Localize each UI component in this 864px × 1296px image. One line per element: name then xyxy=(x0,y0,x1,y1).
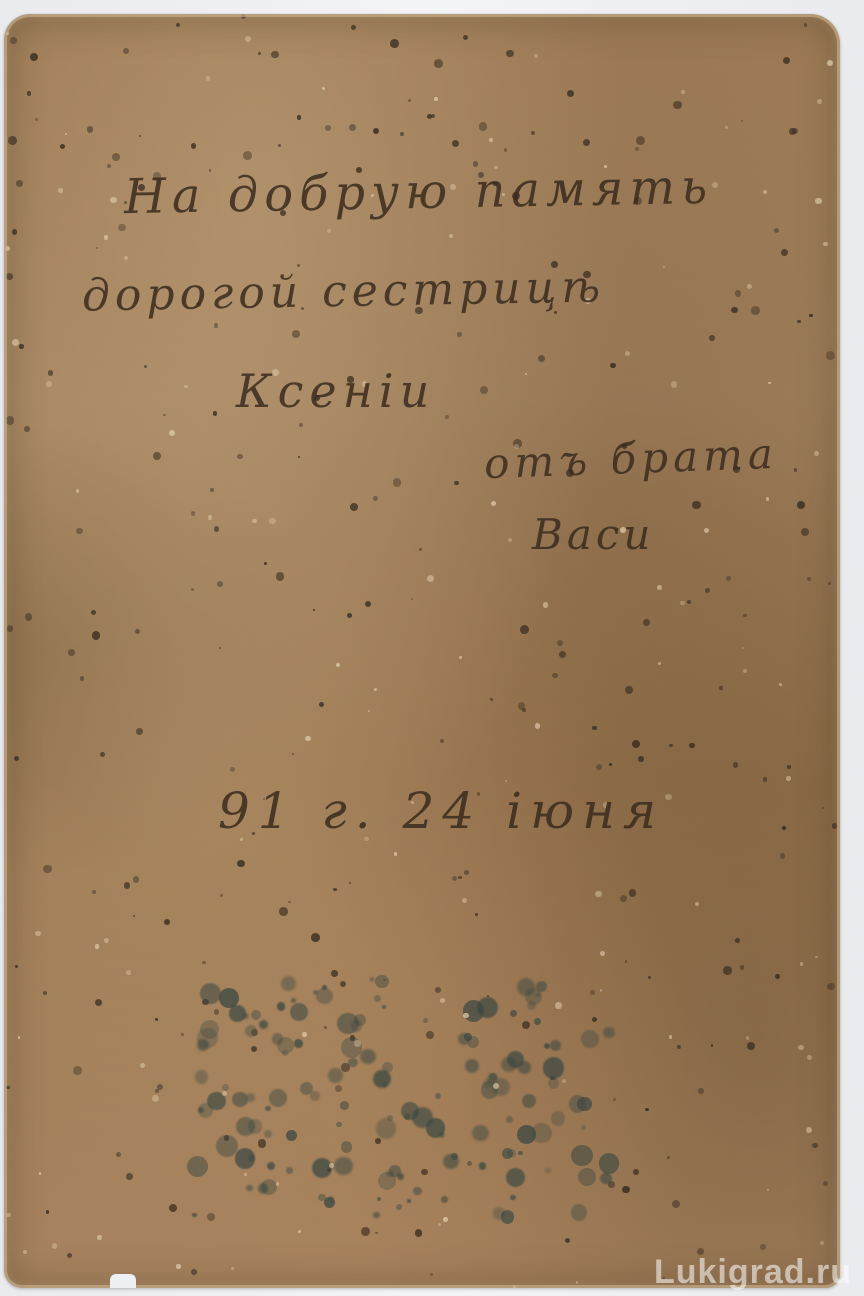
photo-card-back: На добрую память дорогой сестрицѣ Ксеніи… xyxy=(4,14,840,1288)
scan-background: На добрую память дорогой сестрицѣ Ксеніи… xyxy=(0,0,864,1296)
inscription-line-from: отъ брата xyxy=(483,429,778,488)
inscription-line-date: 91 г. 24 іюня xyxy=(218,782,664,840)
site-watermark: Lukigrad.ru xyxy=(654,1253,852,1292)
inscription-line-dedication: На добрую память xyxy=(124,159,714,225)
inscription-line-recipient: дорогой сестрицѣ xyxy=(82,261,606,321)
torn-notch xyxy=(110,1274,136,1288)
inscription-line-name: Ксеніи xyxy=(236,364,435,418)
inscription-line-signature: Васи xyxy=(532,510,654,559)
